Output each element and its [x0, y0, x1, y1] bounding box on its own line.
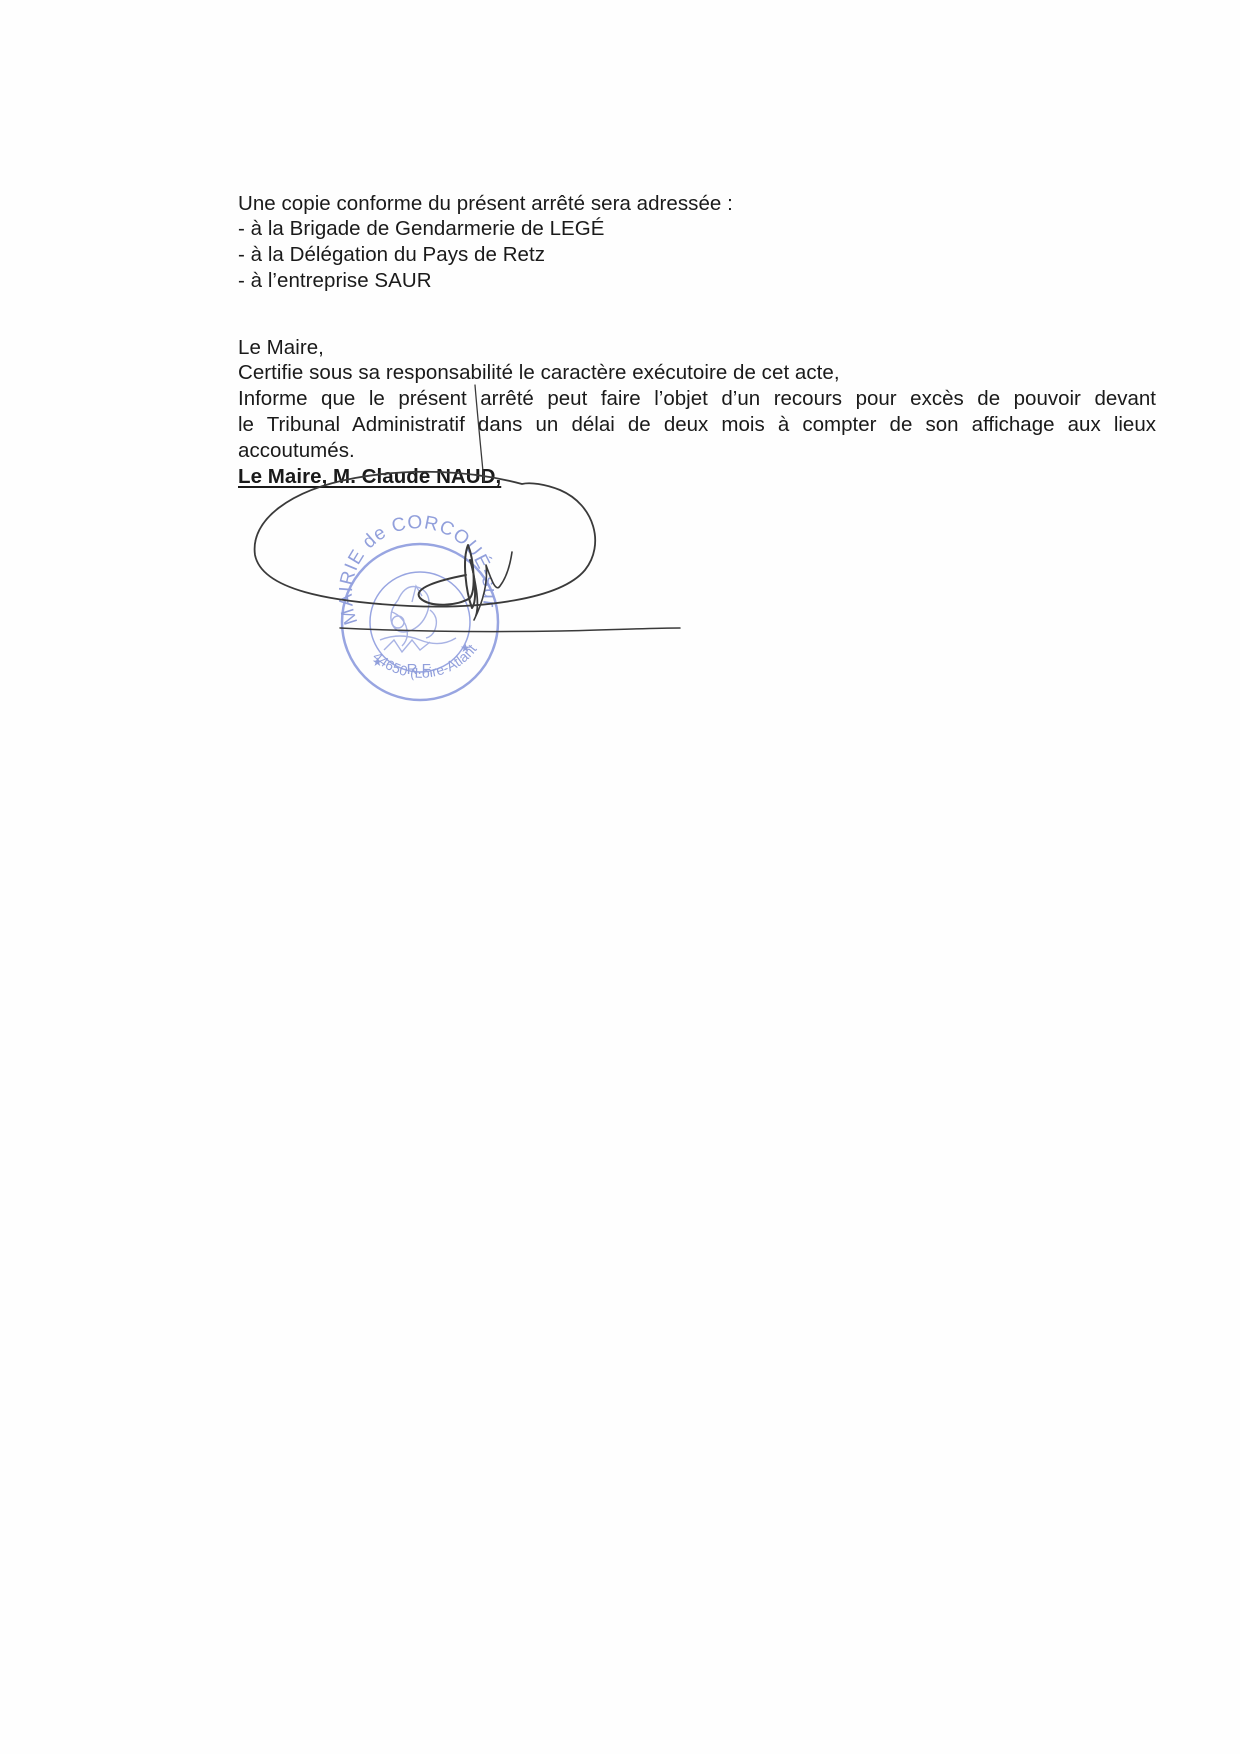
inform-line-3: accoutumés.	[238, 438, 355, 463]
stamp-outer-ring	[342, 544, 498, 700]
stamp-and-signature: MAIRIE de CORCOUÉ-sur-LOGNE 44650 (Loire…	[0, 0, 1240, 1754]
recipient-gendarmerie: - à la Brigade de Gendarmerie de LEGÉ	[238, 216, 605, 241]
inform-line-2: le Tribunal Administratif dans un délai …	[238, 412, 1156, 437]
mayor-salutation: Le Maire,	[238, 335, 324, 360]
stamp-center-text: R.F.	[407, 661, 434, 678]
stamp-star-right-icon: ★	[460, 641, 471, 655]
document-page: Une copie conforme du présent arrêté ser…	[0, 0, 1240, 1754]
certify-line: Certifie sous sa responsabilité le carac…	[238, 360, 840, 385]
copy-notice-intro: Une copie conforme du présent arrêté ser…	[238, 191, 733, 216]
stamp-inner-ring	[370, 572, 470, 672]
recipient-saur: - à l’entreprise SAUR	[238, 268, 432, 293]
marianne-emblem-icon	[380, 586, 456, 652]
stamp-star-left-icon: ★	[372, 655, 383, 669]
signatory-name: Le Maire, M. Claude NAUD,	[238, 464, 501, 489]
inform-line-1: Informe que le présent arrêté peut faire…	[238, 386, 1156, 411]
stamp-arc-text: MAIRIE de CORCOUÉ-sur-LOGNE	[0, 0, 500, 627]
recipient-delegation: - à la Délégation du Pays de Retz	[238, 242, 545, 267]
